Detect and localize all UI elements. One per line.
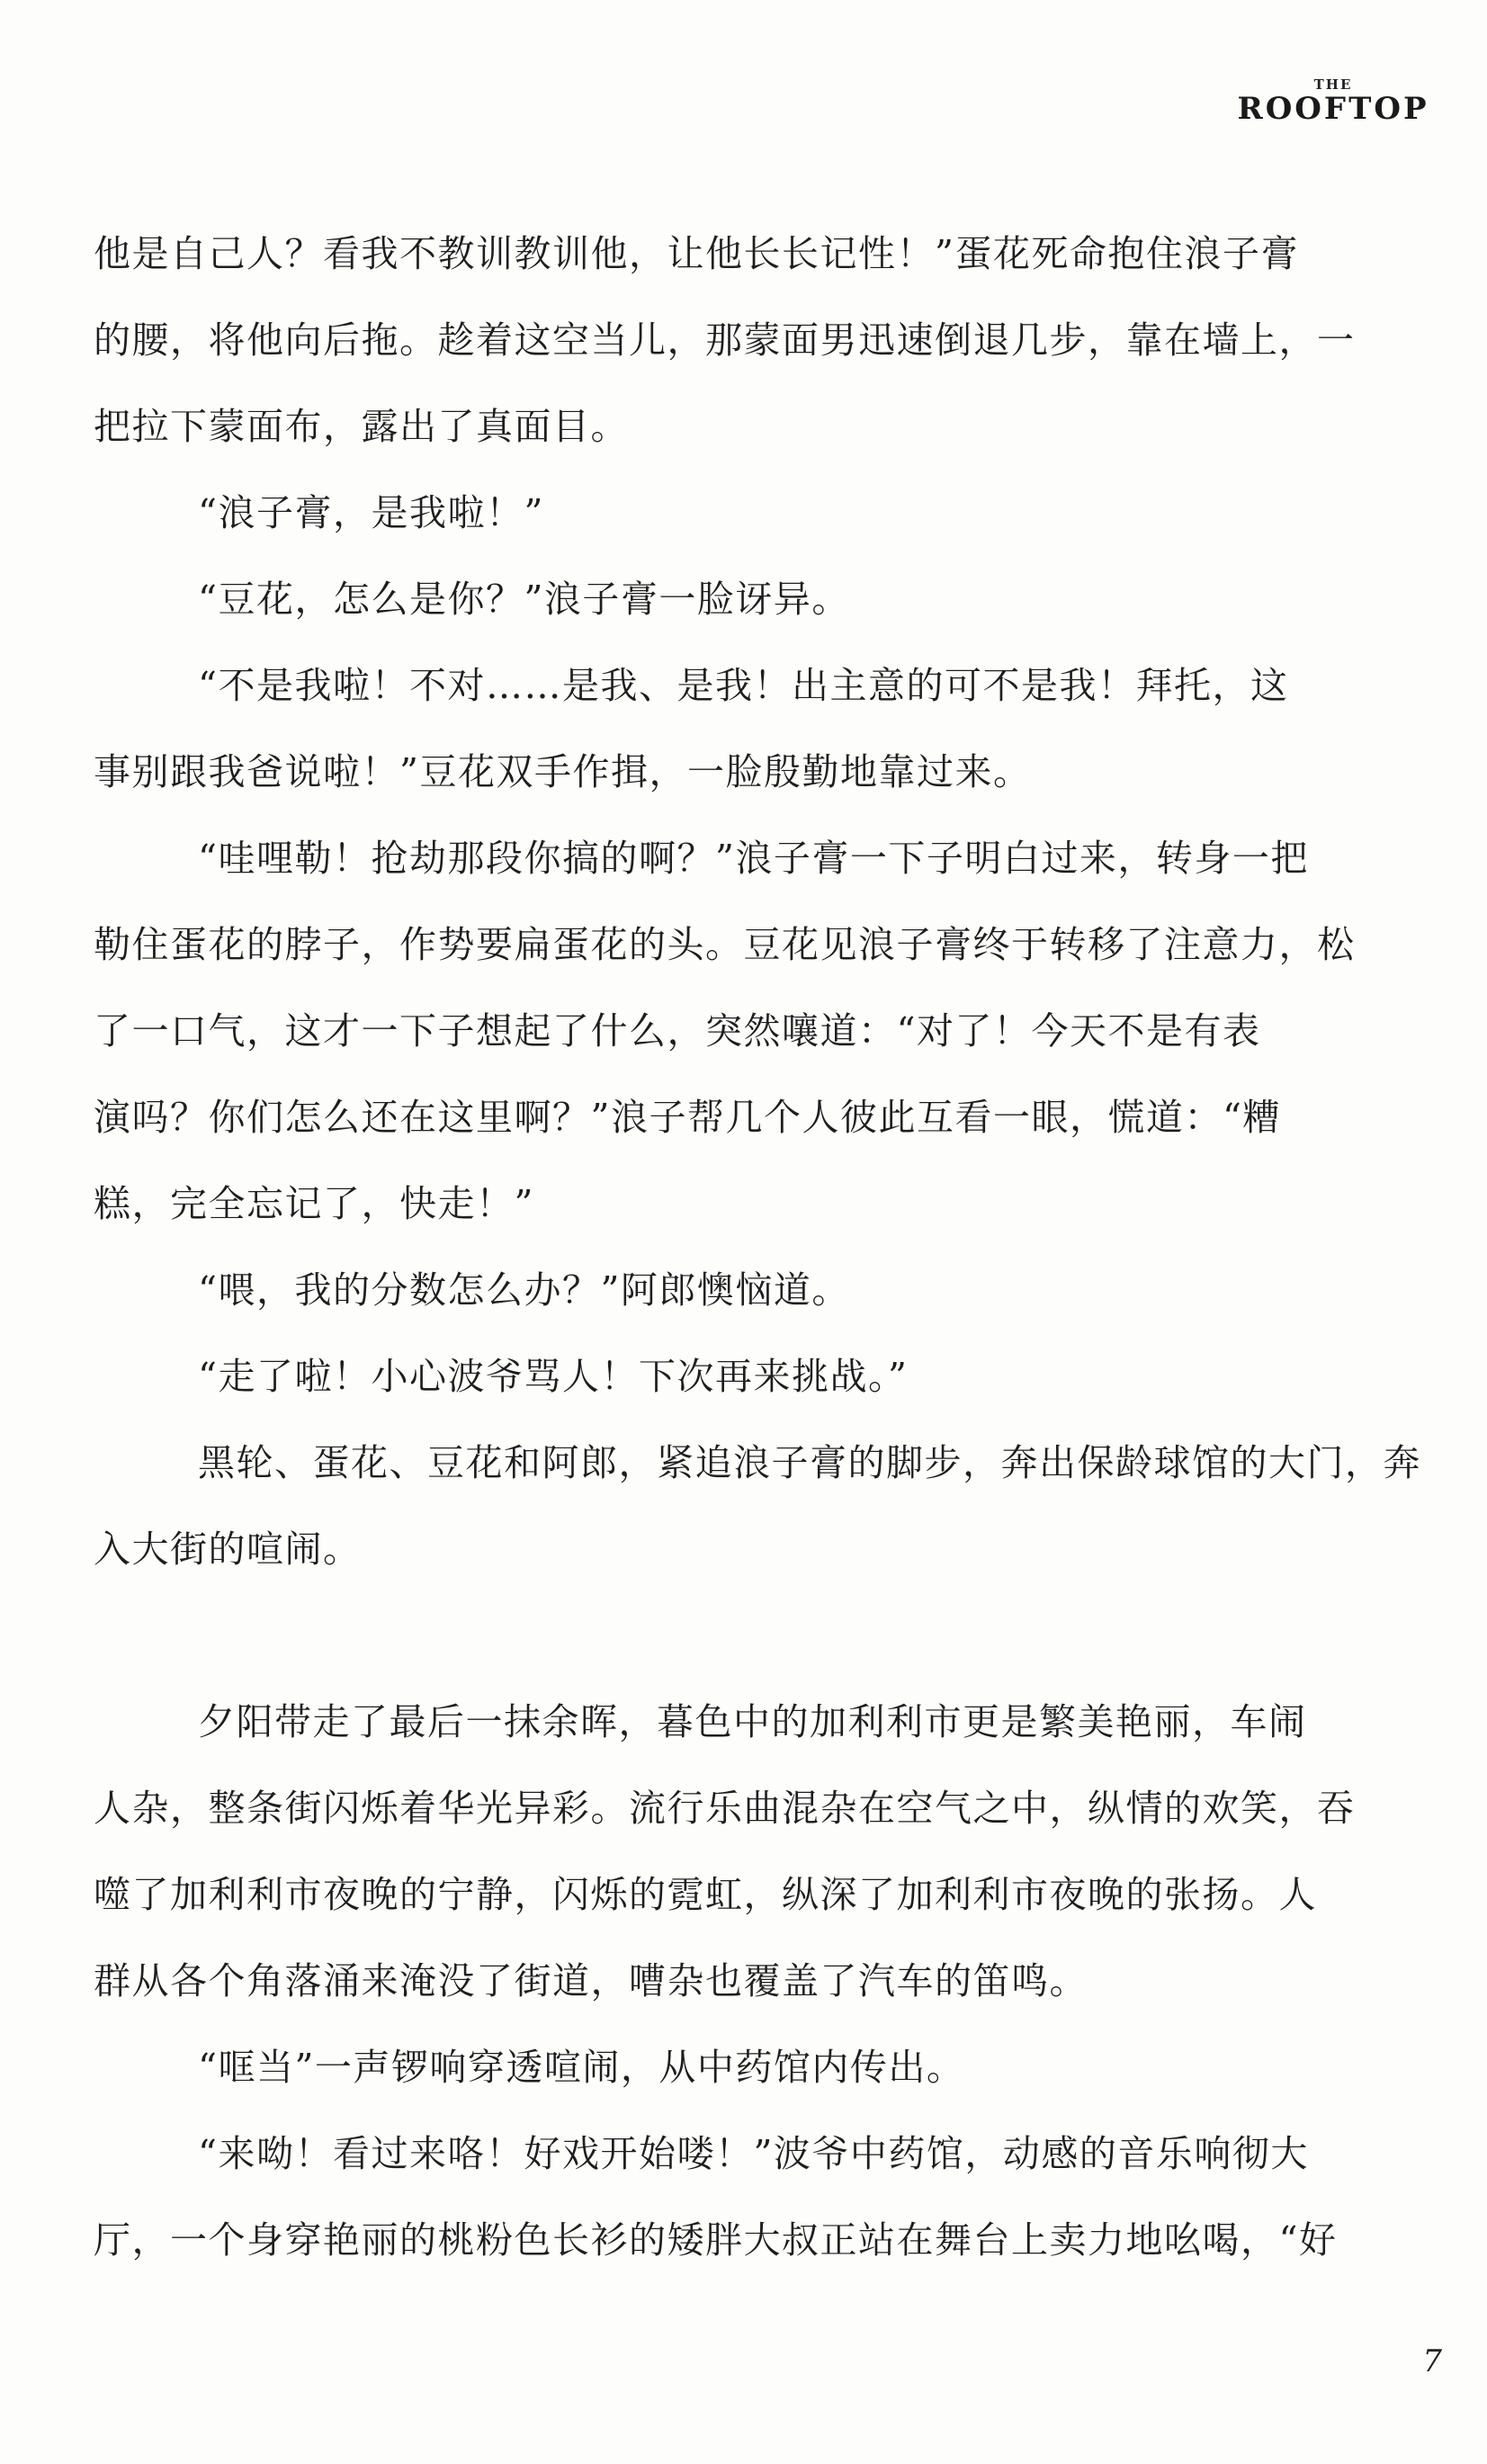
- text-line: “豆花，怎么是你？”浪子膏一脸讶异。: [94, 556, 1353, 642]
- text-line: 人杂，整条街闪烁着华光异彩。流行乐曲混杂在空气之中，纵情的欢笑，吞: [94, 1765, 1353, 1851]
- text-line: 入大街的喧闹。: [94, 1506, 1353, 1592]
- text-line: 了一口气，这才一下子想起了什么，突然嚷道：“对了！今天不是有表: [94, 988, 1353, 1074]
- section-2-text: 夕阳带走了最后一抹余晖，暮色中的加利利市更是繁美艳丽，车闹 人杂，整条街闪烁着华…: [94, 1679, 1353, 2283]
- text-line: “走了啦！小心波爷骂人！下次再来挑战。”: [94, 1333, 1353, 1420]
- text-line: 糕，完全忘记了，快走！”: [94, 1160, 1353, 1247]
- text-line: 噬了加利利市夜晚的宁静，闪烁的霓虹，纵深了加利利市夜晚的张扬。人: [94, 1851, 1353, 1938]
- text-line: “哇哩勒！抢劫那段你搞的啊？”浪子膏一下子明白过来，转身一把: [94, 815, 1353, 901]
- text-line: 勒住蛋花的脖子，作势要扁蛋花的头。豆花见浪子膏终于转移了注意力，松: [94, 901, 1353, 988]
- logo-the-text: THE: [1230, 77, 1437, 92]
- text-line: 的腰，将他向后拖。趁着这空当儿，那蒙面男迅速倒退几步，靠在墙上，一: [94, 297, 1353, 383]
- text-line: 群从各个角落涌来淹没了街道，嘈杂也覆盖了汽车的笛鸣。: [94, 1938, 1353, 2024]
- page-number: 7: [1422, 2343, 1442, 2379]
- book-logo: THE ROOFTOP: [1230, 77, 1437, 126]
- text-line: 事别跟我爸说啦！”豆花双手作揖，一脸殷勤地靠过来。: [94, 729, 1353, 815]
- text-line: 夕阳带走了最后一抹余晖，暮色中的加利利市更是繁美艳丽，车闹: [94, 1679, 1353, 1765]
- text-line: 厅，一个身穿艳丽的桃粉色长衫的矮胖大叔正站在舞台上卖力地吆喝，“好: [94, 2197, 1353, 2283]
- text-line: 黑轮、蛋花、豆花和阿郎，紧追浪子膏的脚步，奔出保龄球馆的大门，奔: [94, 1420, 1353, 1506]
- text-line: 他是自己人？看我不教训教训他，让他长长记性！”蛋花死命抱住浪子膏: [94, 211, 1353, 297]
- text-line: 演吗？你们怎么还在这里啊？”浪子帮几个人彼此互看一眼，慌道：“糟: [94, 1074, 1353, 1160]
- text-line: “来呦！看过来咯！好戏开始喽！”波爷中药馆，动感的音乐响彻大: [94, 2110, 1353, 2197]
- text-line: “喂，我的分数怎么办？”阿郎懊恼道。: [94, 1247, 1353, 1333]
- text-line: “哐当”一声锣响穿透喧闹，从中药馆内传出。: [94, 2024, 1353, 2110]
- section-1-text: 他是自己人？看我不教训教训他，让他长长记性！”蛋花死命抱住浪子膏 的腰，将他向后…: [94, 211, 1353, 1592]
- text-line: “浪子膏，是我啦！”: [94, 470, 1353, 556]
- text-line: “不是我啦！不对……是我、是我！出主意的可不是我！拜托，这: [94, 642, 1353, 729]
- text-line: 把拉下蒙面布，露出了真面目。: [94, 383, 1353, 470]
- logo-rooftop-text: ROOFTOP: [1230, 92, 1437, 126]
